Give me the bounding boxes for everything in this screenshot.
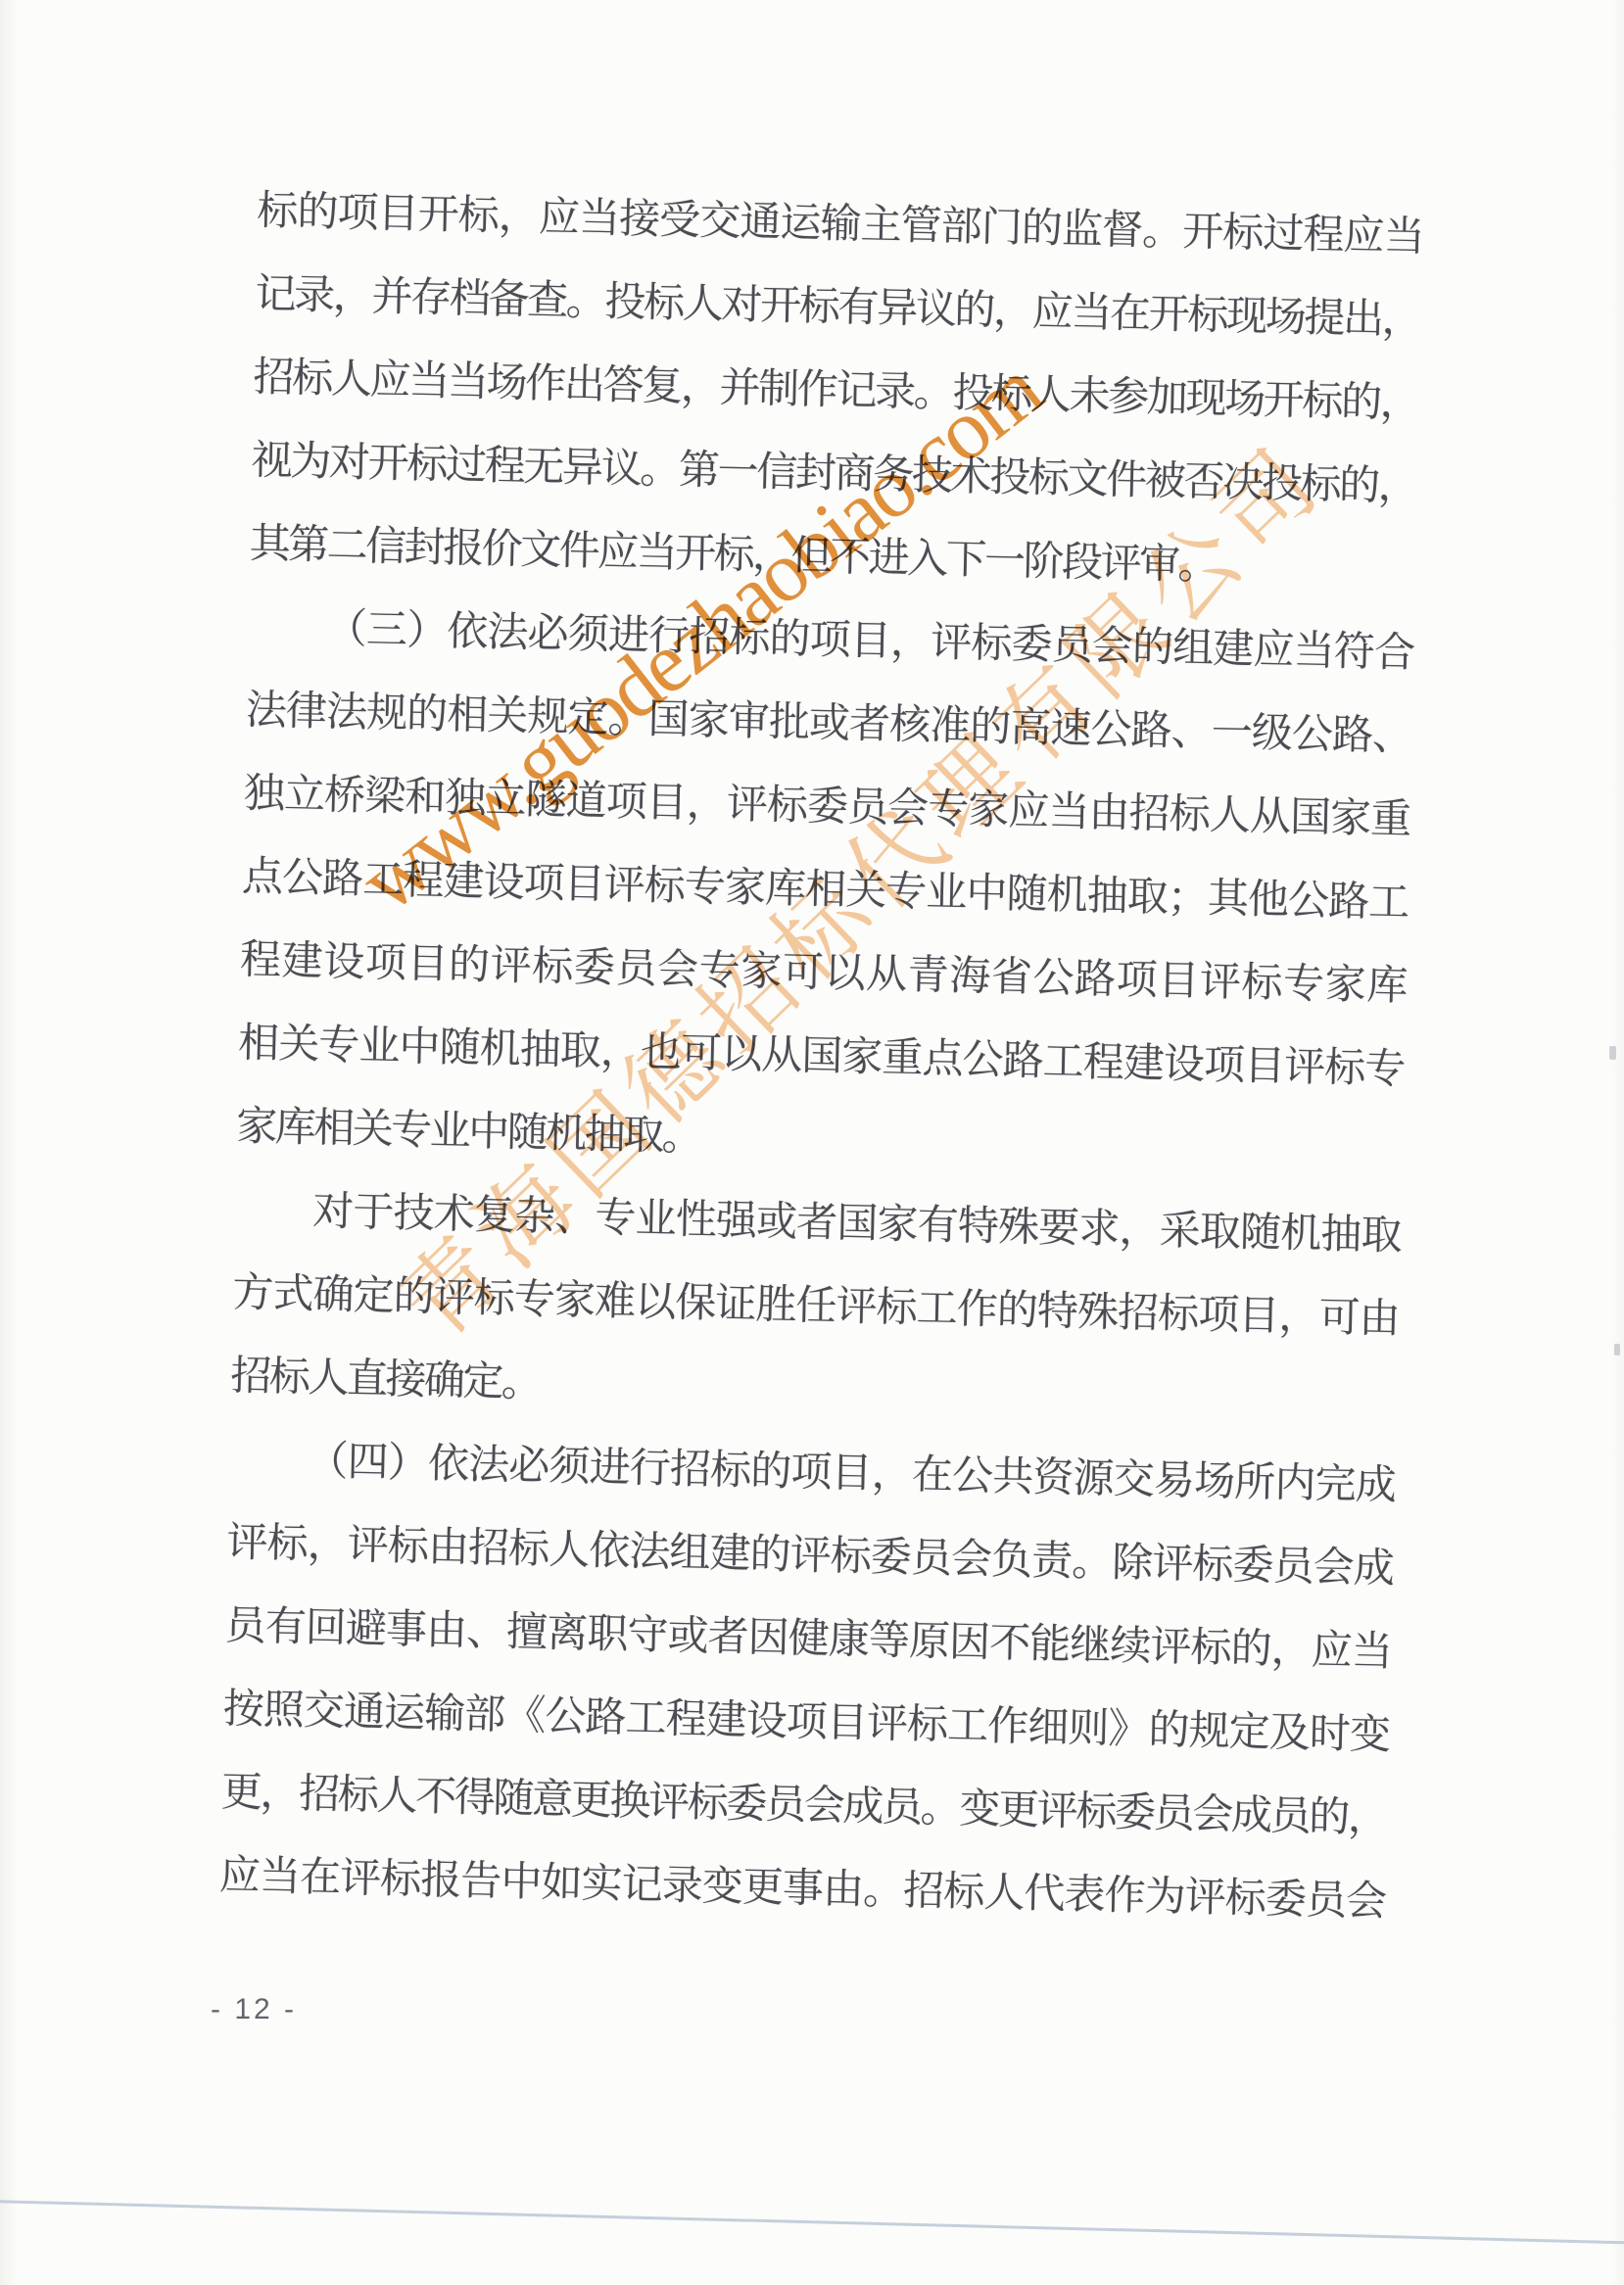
page-number: - 12 - — [211, 1993, 297, 2026]
scanned-document-page: 标的项目开标，应当接受交通运输主管部门的监督。开标过程应当记录，并存档备查。投标… — [0, 0, 1624, 2285]
scan-bottom-rule-line — [0, 2200, 1624, 2245]
scan-speck — [1614, 1344, 1620, 1356]
document-text-block: 标的项目开标，应当接受交通运输主管部门的监督。开标过程应当记录，并存档备查。投标… — [218, 170, 1423, 1945]
scan-speck — [1609, 1046, 1616, 1060]
